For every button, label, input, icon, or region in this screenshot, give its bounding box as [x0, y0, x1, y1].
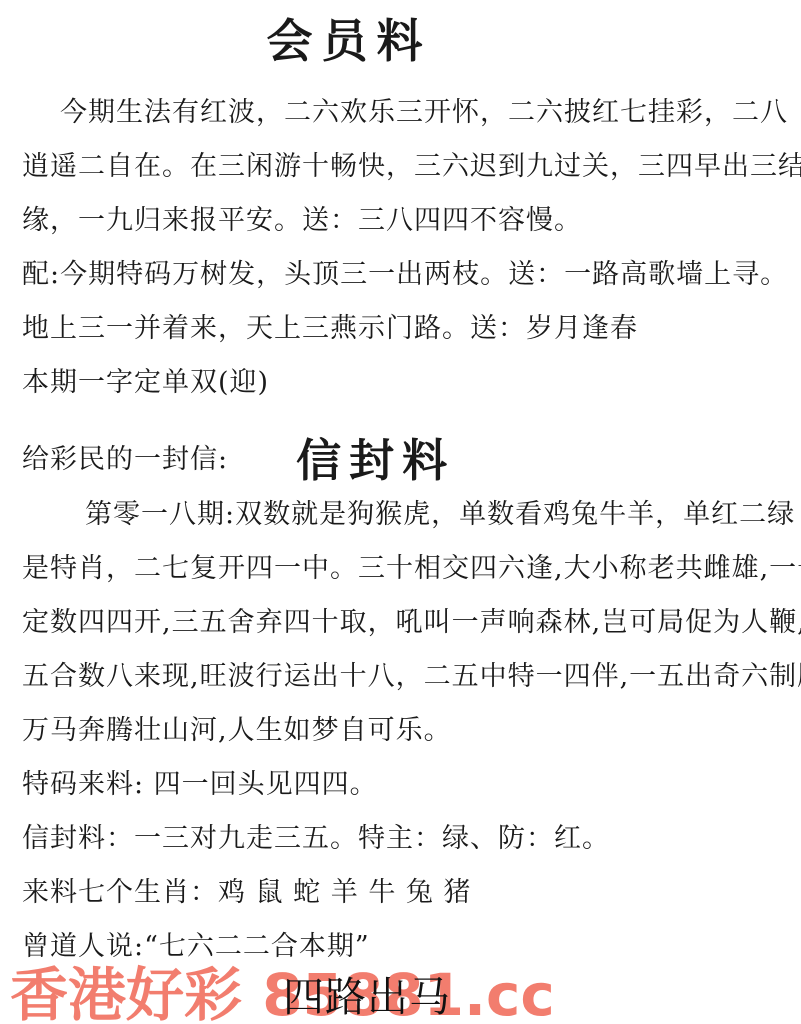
letter-heading: 给彩民的一封信: 信封料	[22, 424, 781, 488]
member-line-4: 地上三一并着来，天上三燕示门路。送：岁月逢春	[22, 302, 781, 356]
page-title: 会员料	[22, 12, 781, 70]
envelope-line-5: 特码来料: 四一回头见四四。	[22, 758, 781, 812]
member-line-5: 本期一字定单双(迎)	[22, 356, 781, 410]
member-line-3: 配:今期特码万树发，头顶三一出两枝。送：一路高歌墙上寻。	[22, 248, 781, 302]
letter-label: 给彩民的一封信:	[22, 437, 228, 476]
envelope-line-1: 是特肖，二七复开四一中。三十相交四六逢,大小称老共雌雄,一一	[22, 542, 781, 596]
envelope-line-0: 第零一八期:双数就是狗猴虎，单数看鸡兔牛羊，单红二绿	[22, 488, 781, 542]
envelope-line-7: 来料七个生肖：鸡 鼠 蛇 羊 牛 兔 猪	[22, 866, 781, 920]
member-line-2: 缘，一九归来报平安。送：三八四四不容慢。	[22, 194, 781, 248]
letter-title: 信封料	[296, 424, 455, 489]
envelope-line-4: 万马奔腾壮山河,人生如梦自可乐。	[22, 704, 781, 758]
envelope-section: 第零一八期:双数就是狗猴虎，单数看鸡兔牛羊，单红二绿 是特肖，二七复开四一中。三…	[22, 488, 781, 974]
member-line-1: 逍遥二自在。在三闲游十畅快，三六迟到九过关，三四早出三结	[22, 140, 781, 194]
envelope-line-3: 五合数八来现,旺波行运出十八，二五中特一四伴,一五出奇六制胜,	[22, 650, 781, 704]
envelope-line-6: 信封料：一三对九走三五。特主：绿、防：红。	[22, 812, 781, 866]
envelope-line-2: 定数四四开,三五舍弃四十取，吼叫一声响森林,岂可局促为人鞭,四	[22, 596, 781, 650]
handwritten-note: 四路出马	[283, 964, 451, 1023]
document: 会员料 今期生法有红波，二六欢乐三开怀，二六披红七挂彩，二八 逍遥二自在。在三闲…	[22, 0, 781, 974]
member-line-0: 今期生法有红波，二六欢乐三开怀，二六披红七挂彩，二八	[22, 86, 781, 140]
member-section: 今期生法有红波，二六欢乐三开怀，二六披红七挂彩，二八 逍遥二自在。在三闲游十畅快…	[22, 86, 781, 410]
